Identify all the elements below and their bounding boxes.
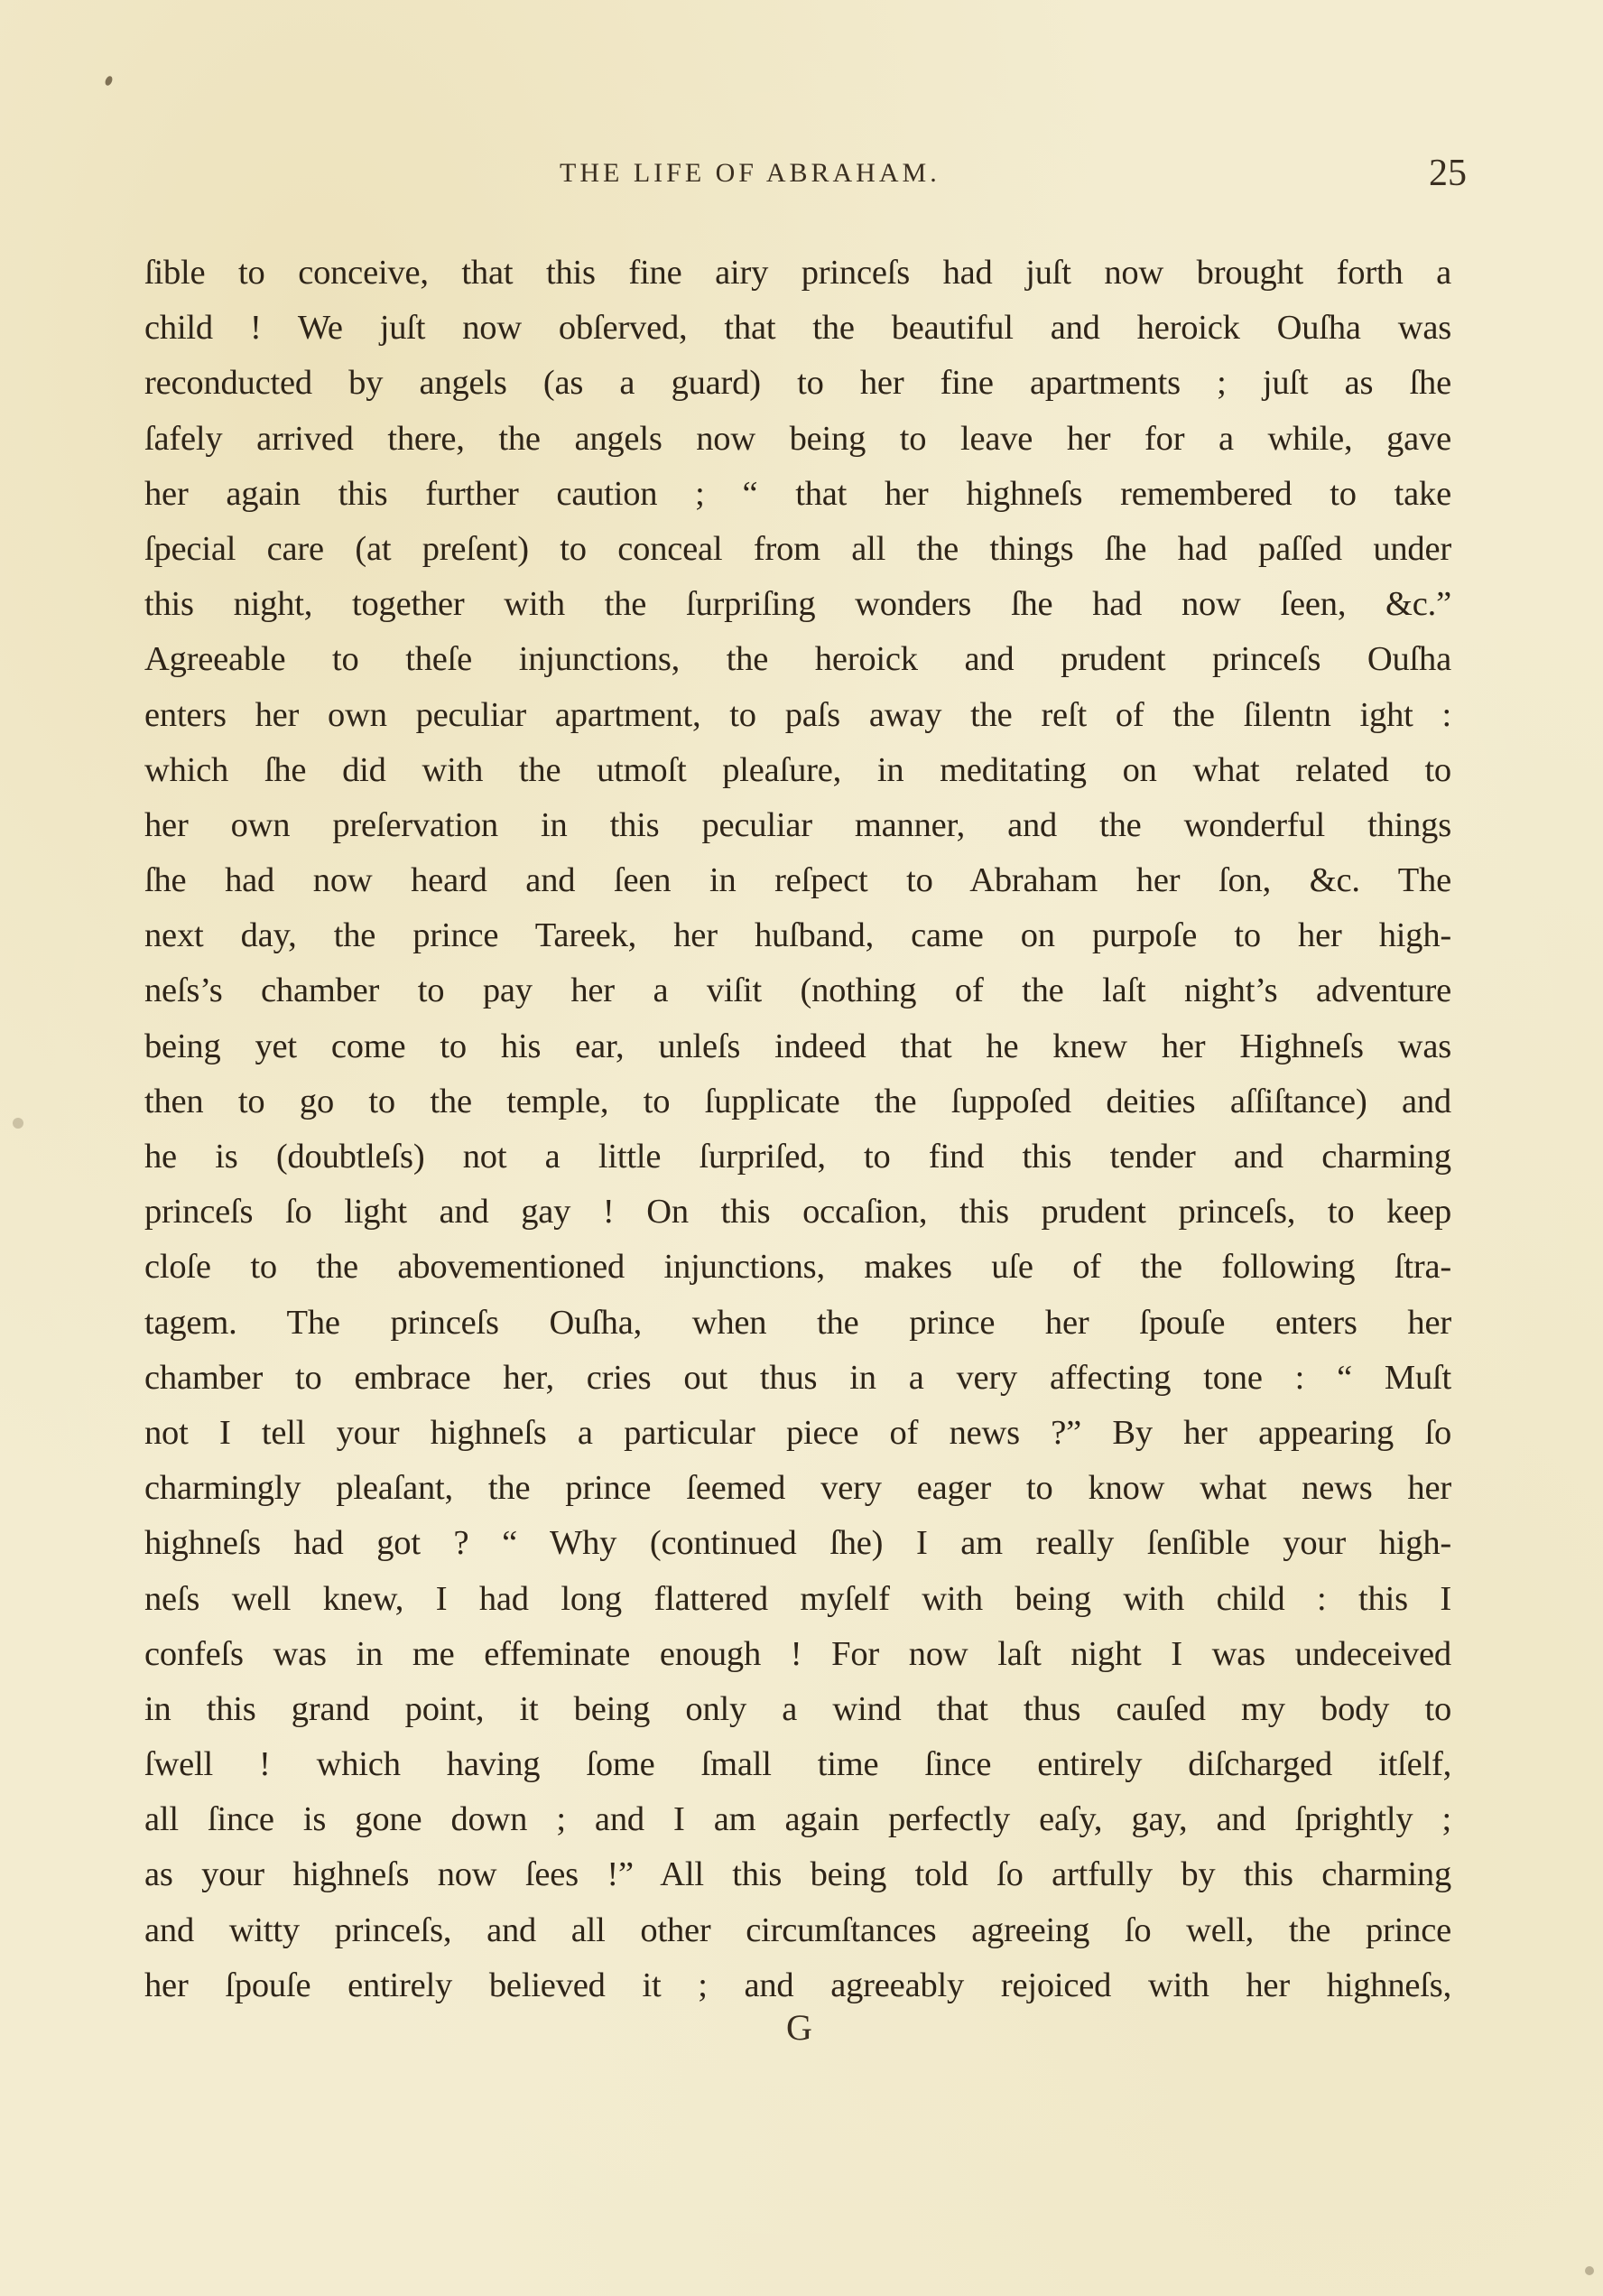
text-line: ſhe had now heard and ſeen in reſpect to…	[144, 853, 1451, 908]
text-line: highneſs had got ? “ Why (continued ſhe)…	[144, 1516, 1451, 1571]
ink-speck	[1585, 2266, 1594, 2275]
text-line: in this grand point, it being only a win…	[144, 1682, 1451, 1737]
ink-speck	[104, 75, 114, 87]
text-line: then to go to the temple, to ſupplicate …	[144, 1074, 1451, 1129]
text-line: neſs well knew, I had long flattered myſ…	[144, 1572, 1451, 1627]
ink-speck	[13, 1118, 23, 1129]
page-number: 25	[1429, 152, 1467, 195]
text-line: enters her own peculiar apartment, to pa…	[144, 688, 1451, 743]
text-line: neſs’s chamber to pay her a viſit (nothi…	[144, 963, 1451, 1018]
text-line: child ! We juſt now obſerved, that the b…	[144, 301, 1451, 356]
text-line: her again this further caution ; “ that …	[144, 467, 1451, 522]
text-line: ſpecial care (at preſent) to conceal fro…	[144, 522, 1451, 577]
text-line: princeſs ſo light and gay ! On this occa…	[144, 1185, 1451, 1240]
text-line: reconducted by angels (as a guard) to he…	[144, 356, 1451, 411]
text-line: charmingly pleaſant, the prince ſeemed v…	[144, 1461, 1451, 1516]
text-line: next day, the prince Tareek, her huſband…	[144, 908, 1451, 963]
text-line: ſafely arrived there, the angels now bei…	[144, 412, 1451, 467]
text-line: tagem. The princeſs Ouſha, when the prin…	[144, 1296, 1451, 1351]
text-line: all ſince is gone down ; and I am again …	[144, 1792, 1451, 1847]
body-text: ſible to conceive, that this fine airy p…	[144, 246, 1451, 2013]
text-line: being yet come to his ear, unleſs indeed…	[144, 1019, 1451, 1074]
text-line: confeſs was in me effeminate enough ! Fo…	[144, 1627, 1451, 1682]
text-line: which ſhe did with the utmoſt pleaſure, …	[144, 743, 1451, 798]
text-line: and witty princeſs, and all other circum…	[144, 1903, 1451, 1958]
text-line: this night, together with the ſurpriſing…	[144, 577, 1451, 632]
text-line: cloſe to the abovementioned injunctions,…	[144, 1240, 1451, 1295]
text-line: ſwell ! which having ſome ſmall time ſin…	[144, 1737, 1451, 1792]
text-line: not I tell your highneſs a particular pi…	[144, 1406, 1451, 1461]
text-line: chamber to embrace her, cries out thus i…	[144, 1351, 1451, 1406]
running-head: THE LIFE OF ABRAHAM.	[560, 158, 940, 189]
text-line: her ſpouſe entirely believed it ; and ag…	[144, 1958, 1451, 2013]
signature-mark: G	[786, 2006, 812, 2049]
text-line: as your highneſs now ſees !” All this be…	[144, 1847, 1451, 1902]
text-line: he is (doubtleſs) not a little ſurpriſed…	[144, 1129, 1451, 1185]
text-line: Agreeable to theſe injunctions, the hero…	[144, 632, 1451, 687]
text-line: ſible to conceive, that this fine airy p…	[144, 246, 1451, 301]
text-line: her own preſervation in this peculiar ma…	[144, 798, 1451, 853]
